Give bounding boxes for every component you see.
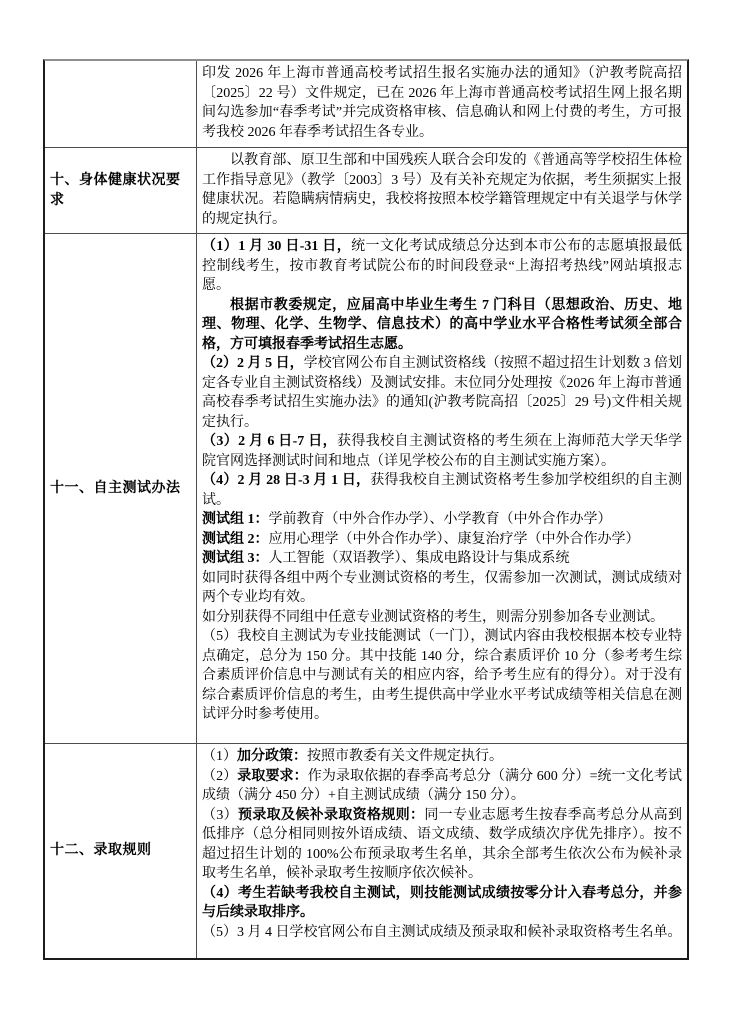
row-content-cell: 印发 2026 年上海市普通高校考试招生报名实施办法的通知》（沪教考院高招〔20… bbox=[197, 61, 687, 147]
text-run: （3）2 月 6 日-7 日， bbox=[202, 434, 337, 449]
text-run: 按照市教委有关文件规定执行。 bbox=[307, 749, 503, 764]
text-run: （4）2 月 28 日-3 月 1 日， bbox=[202, 473, 370, 488]
text-run: 人工智能（双语教学）、集成电路设计与集成系统 bbox=[269, 551, 570, 566]
table-row-health-requirements: 十、身体健康状况要求 以教育部、原卫生部和中国残疾人联合会印发的《普通高等学校招… bbox=[45, 147, 687, 233]
text-run: （1）1 月 30 日-31 日， bbox=[202, 239, 351, 254]
text-run: （5）3 月 4 日学校官网公布自主测试成绩及预录取和候补录取资格考生名单。 bbox=[202, 925, 682, 940]
text-run: 如同时获得各组中两个专业测试资格的考生，仅需参加一次测试，测试成绩对两个专业均有… bbox=[202, 571, 682, 606]
paragraph-test-group-2: 测试组 2：应用心理学（中外合作办学）、康复治疗学（中外合作办学） bbox=[202, 530, 682, 550]
text-run: （5）我校自主测试为专业技能测试（一门），测试内容由我校根据本校专业特点确定，总… bbox=[202, 629, 682, 722]
paragraph-bonus-policy: （1）加分政策：按照市教委有关文件规定执行。 bbox=[202, 747, 682, 767]
paragraph: 如分别获得不同组中任意专业测试资格的考生，则需分别参加各专业测试。 bbox=[202, 608, 682, 628]
text-run: （3） bbox=[202, 808, 238, 823]
text-run: （4）考生若缺考我校自主测试，则技能测试成绩按零分计入春考总分，并参与后续录取排… bbox=[202, 886, 682, 921]
row-content-cell: （1）1 月 30 日-31 日，统一文化考试成绩总分达到本市公布的志愿填报最低… bbox=[197, 234, 687, 743]
text-run: 如分别获得不同组中任意专业测试资格的考生，则需分别参加各专业测试。 bbox=[202, 610, 664, 625]
row-content-cell: （1）加分政策：按照市教委有关文件规定执行。 （2）录取要求：作为录取依据的春季… bbox=[197, 744, 687, 958]
paragraph: （3）2 月 6 日-7 日，获得我校自主测试资格的考生须在上海师范大学天华学院… bbox=[202, 432, 682, 471]
paragraph-pre-admission-rule: （3）预录取及候补录取资格规则：同一专业志愿考生按春季高考总分从高到低排序（总分… bbox=[202, 806, 682, 884]
text-run: 录取要求： bbox=[237, 769, 307, 784]
text-run: 学前教育（中外合作办学）、小学教育（中外合作办学） bbox=[269, 512, 612, 527]
paragraph: 如同时获得各组中两个专业测试资格的考生，仅需参加一次测试，测试成绩对两个专业均有… bbox=[202, 569, 682, 608]
text-run: 应用心理学（中外合作办学）、康复治疗学（中外合作办学） bbox=[269, 532, 640, 547]
paragraph-test-group-3: 测试组 3：人工智能（双语教学）、集成电路设计与集成系统 bbox=[202, 549, 682, 569]
row-content-cell: 以教育部、原卫生部和中国残疾人联合会印发的《普通高等学校招生体检工作指导意见》（… bbox=[197, 148, 687, 233]
text-run: （2）2 月 5 日， bbox=[202, 356, 304, 371]
paragraph-result-announcement: （5）3 月 4 日学校官网公布自主测试成绩及预录取和候补录取资格考生名单。 bbox=[202, 923, 682, 943]
paragraph: （1）1 月 30 日-31 日，统一文化考试成绩总分达到本市公布的志愿填报最低… bbox=[202, 237, 682, 296]
text-run: （1） bbox=[202, 749, 237, 764]
paragraph: 以教育部、原卫生部和中国残疾人联合会印发的《普通高等学校招生体检工作指导意见》（… bbox=[202, 151, 682, 229]
row-label-cell: 十、身体健康状况要求 bbox=[45, 148, 197, 233]
paragraph: （4）2 月 28 日-3 月 1 日，获得我校自主测试资格考生参加学校组织的自… bbox=[202, 471, 682, 510]
text-run: 测试组 3： bbox=[202, 551, 269, 566]
paragraph: 根据市教委规定，应届高中毕业生考生 7 门科目（思想政治、历史、地理、物理、化学… bbox=[202, 296, 682, 355]
table-row-independent-test-measures: 十一、自主测试办法 （1）1 月 30 日-31 日，统一文化考试成绩总分达到本… bbox=[45, 233, 687, 743]
paragraph-admission-requirement: （2）录取要求：作为录取依据的春季高考总分（满分 600 分）=统一文化考试成绩… bbox=[202, 767, 682, 806]
text-run: 测试组 1： bbox=[202, 512, 269, 527]
text-run: 以教育部、原卫生部和中国残疾人联合会印发的《普通高等学校招生体检工作指导意见》（… bbox=[202, 153, 682, 227]
text-run: 预录取及候补录取资格规则： bbox=[238, 808, 424, 823]
text-run: 加分政策： bbox=[237, 749, 307, 764]
paragraph: （2）2 月 5 日，学校官网公布自主测试资格线（按照不超过招生计划数 3 倍划… bbox=[202, 354, 682, 432]
table-row-admission-rules: 十二、录取规则 （1）加分政策：按照市教委有关文件规定执行。 （2）录取要求：作… bbox=[45, 743, 687, 958]
paragraph-test-group-1: 测试组 1：学前教育（中外合作办学）、小学教育（中外合作办学） bbox=[202, 510, 682, 530]
row-label-cell bbox=[45, 61, 197, 147]
paragraph-absence-rule: （4）考生若缺考我校自主测试，则技能测试成绩按零分计入春考总分，并参与后续录取排… bbox=[202, 884, 682, 923]
text-run: 测试组 2： bbox=[202, 532, 269, 547]
paragraph: （5）我校自主测试为专业技能测试（一门），测试内容由我校根据本校专业特点确定，总… bbox=[202, 627, 682, 725]
text-run: （2） bbox=[202, 769, 237, 784]
table-row-continuation: 印发 2026 年上海市普通高校考试招生报名实施办法的通知》（沪教考院高招〔20… bbox=[45, 61, 687, 147]
paragraph: 印发 2026 年上海市普通高校考试招生报名实施办法的通知》（沪教考院高招〔20… bbox=[202, 64, 682, 142]
text-run: 根据市教委规定，应届高中毕业生考生 7 门科目（思想政治、历史、地理、物理、化学… bbox=[202, 298, 682, 352]
row-label-cell: 十一、自主测试办法 bbox=[45, 234, 197, 743]
text-run: 印发 2026 年上海市普通高校考试招生报名实施办法的通知》（沪教考院高招〔20… bbox=[202, 66, 682, 140]
admissions-rules-table: 印发 2026 年上海市普通高校考试招生报名实施办法的通知》（沪教考院高招〔20… bbox=[43, 59, 689, 960]
row-label-cell: 十二、录取规则 bbox=[45, 744, 197, 958]
